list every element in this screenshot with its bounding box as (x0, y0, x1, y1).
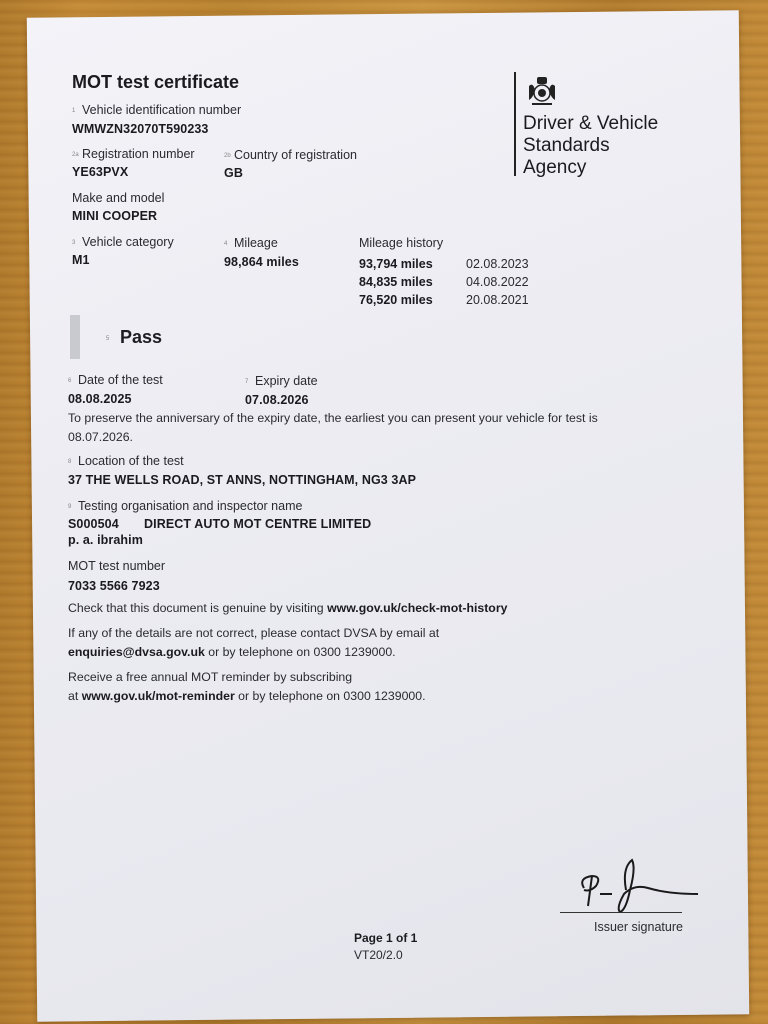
history-date: 20.08.2021 (466, 293, 529, 307)
signature-line (560, 912, 682, 913)
field-number: 7 (245, 379, 255, 385)
anniversary-note-line-2: 08.07.2026. (68, 430, 133, 444)
registration-label-text: Registration number (82, 147, 195, 161)
logo-divider (514, 72, 516, 176)
issuer-name-line-2: Standards (523, 135, 658, 157)
history-date: 04.08.2022 (466, 275, 529, 289)
history-miles: 84,835 miles (359, 275, 466, 289)
organisation-label-text: Testing organisation and inspector name (78, 499, 302, 513)
vin-label-text: Vehicle identification number (82, 103, 241, 117)
mot-certificate: MOT test certificate Driver & Vehicle St… (0, 0, 768, 1024)
form-code: VT20/2.0 (354, 948, 403, 962)
organisation-label: 9Testing organisation and inspector name (68, 499, 302, 513)
mileage-history-row: 84,835 miles 04.08.2022 (359, 273, 529, 291)
issuer-signature-icon (570, 850, 700, 920)
make-model-label: Make and model (72, 191, 164, 205)
anniversary-note-line-1: To preserve the anniversary of the expir… (68, 411, 598, 425)
mileage-value: 98,864 miles (224, 255, 299, 269)
field-number: 9 (68, 504, 78, 510)
royal-crest-icon (524, 74, 560, 108)
country-value: GB (224, 166, 243, 180)
test-number-value: 7033 5566 7923 (68, 579, 160, 593)
field-number: 6 (68, 378, 78, 384)
location-label-text: Location of the test (78, 454, 184, 468)
mileage-history-row: 76,520 miles 20.08.2021 (359, 291, 529, 309)
mileage-history-table: 93,794 miles 02.08.2023 84,835 miles 04.… (359, 255, 529, 309)
reminder-rest-text: or by telephone on 0300 1239000. (235, 689, 426, 703)
registration-value: YE63PVX (72, 165, 128, 179)
issuer-name-line-3: Agency (523, 157, 658, 179)
field-number: 4 (224, 241, 234, 247)
mileage-label-text: Mileage (234, 236, 278, 250)
result-indicator-bar (70, 315, 80, 359)
field-number: 2a (72, 152, 82, 158)
location-value: 37 THE WELLS ROAD, ST ANNS, NOTTINGHAM, … (68, 473, 416, 487)
history-miles: 93,794 miles (359, 257, 466, 271)
category-value: M1 (72, 253, 90, 267)
document-title: MOT test certificate (72, 72, 239, 93)
test-date-value: 08.08.2025 (68, 392, 132, 406)
mileage-history-label: Mileage history (359, 236, 443, 250)
history-miles: 76,520 miles (359, 293, 466, 307)
test-number-label: MOT test number (68, 559, 165, 573)
make-model-value: MINI COOPER (72, 209, 157, 223)
mot-reminder-link[interactable]: www.gov.uk/mot-reminder (82, 689, 235, 703)
check-text: Check that this document is genuine by v… (68, 601, 327, 615)
contact-note-line-1: If any of the details are not correct, p… (68, 626, 439, 640)
test-date-label-text: Date of the test (78, 373, 163, 387)
reminder-note-line-1: Receive a free annual MOT reminder by su… (68, 670, 352, 684)
field-number: 5 (106, 336, 116, 342)
test-date-label: 6Date of the test (68, 373, 163, 387)
issuer-signature-label: Issuer signature (594, 920, 683, 934)
mileage-history-row: 93,794 miles 02.08.2023 (359, 255, 529, 273)
expiry-date-value: 07.08.2026 (245, 393, 309, 407)
country-label-text: Country of registration (234, 148, 357, 162)
field-number: 2b (224, 153, 234, 159)
reminder-note-line-2: at www.gov.uk/mot-reminder or by telepho… (68, 689, 426, 703)
check-genuine-note: Check that this document is genuine by v… (68, 601, 507, 615)
organisation-code: S000504 (68, 517, 119, 531)
category-label: 3Vehicle category (72, 235, 174, 249)
vin-value: WMWZN32070T590233 (72, 122, 208, 136)
inspector-name: p. a. ibrahim (68, 533, 143, 547)
category-label-text: Vehicle category (82, 235, 174, 249)
field-number: 8 (68, 459, 78, 465)
mileage-label: 4Mileage (224, 236, 278, 250)
reminder-at-text: at (68, 689, 82, 703)
field-number: 1 (72, 108, 82, 114)
result-status: Pass (120, 327, 162, 348)
expiry-date-label: 7Expiry date (245, 374, 318, 388)
dvsa-email-link[interactable]: enquiries@dvsa.gov.uk (68, 645, 205, 659)
country-label: 2bCountry of registration (224, 148, 357, 162)
field-number: 3 (72, 240, 82, 246)
registration-label: 2aRegistration number (72, 147, 195, 161)
contact-rest-text: or by telephone on 0300 1239000. (205, 645, 396, 659)
vin-label: 1Vehicle identification number (72, 103, 241, 117)
check-mot-history-link[interactable]: www.gov.uk/check-mot-history (327, 601, 507, 615)
result-field-number: 5 (106, 331, 116, 345)
location-label: 8Location of the test (68, 454, 184, 468)
contact-note-line-2: enquiries@dvsa.gov.uk or by telephone on… (68, 645, 396, 659)
expiry-date-label-text: Expiry date (255, 374, 318, 388)
organisation-name: DIRECT AUTO MOT CENTRE LIMITED (144, 517, 371, 531)
issuer-name-line-1: Driver & Vehicle (523, 113, 658, 135)
history-date: 02.08.2023 (466, 257, 529, 271)
page-number: Page 1 of 1 (354, 931, 417, 945)
issuer-name: Driver & Vehicle Standards Agency (523, 113, 658, 179)
